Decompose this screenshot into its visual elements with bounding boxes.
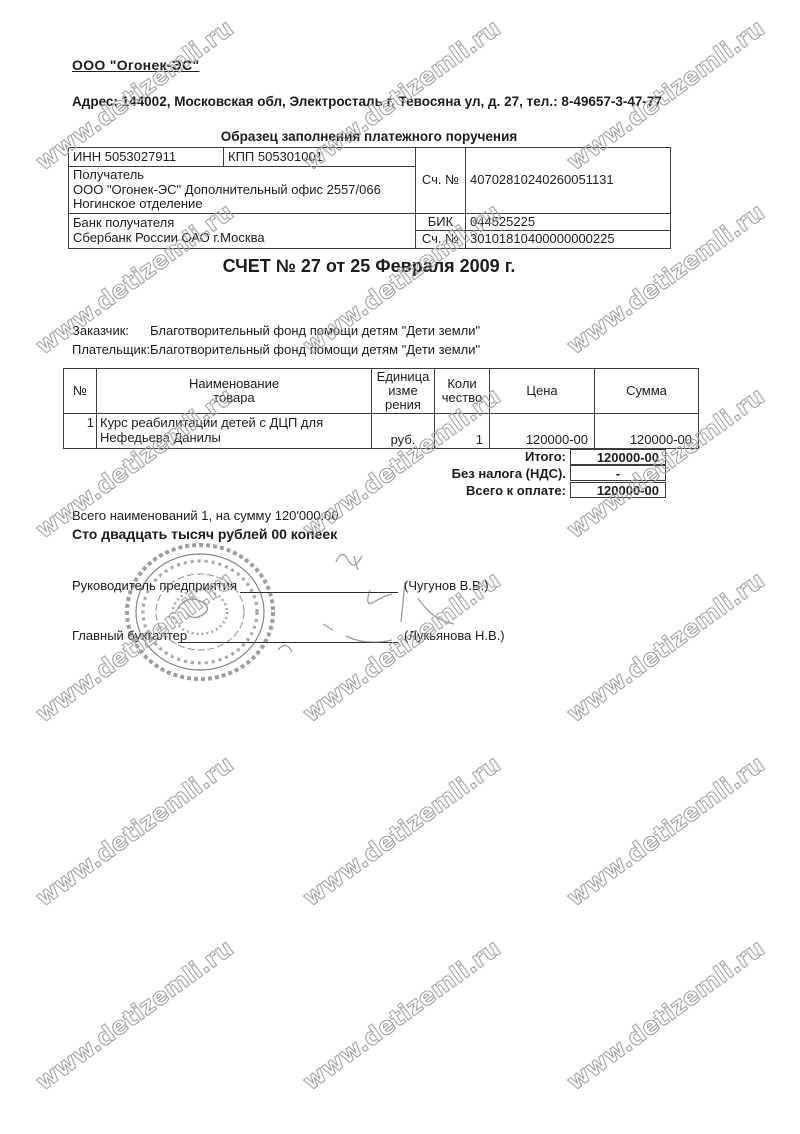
item-price: 120000-00 [490,414,595,449]
col-header-qty: Количество [435,369,490,414]
item-row: 1 Курс реабилитации детей с ДЦП дляНефед… [64,414,699,449]
watermark: www.detizemli.ru [52,773,217,888]
payment-order-sample-title: Образец заполнения платежного поручения [68,129,670,144]
total-value: 120000-00 [570,449,666,465]
item-unit: руб. [372,414,435,449]
company-address: Адрес: 144002, Московская обл, Электрост… [72,94,662,109]
bank-name: Сбербанк России ОАО г.Москва [73,231,411,246]
watermark: www.detizemli.ru [583,957,748,1072]
corr-account-cell: 30101810400000000225 [466,231,671,249]
watermark: www.detizemli.ru [319,957,484,1072]
company-name: ООО "Огонек-ЭС" [72,57,199,73]
total-value: - [570,465,666,481]
customer-label: Заказчик: [72,323,150,338]
item-sum: 120000-00 [595,414,699,449]
payer-value: Благотворительный фонд помощи детям "Дет… [150,342,480,357]
total-row-no-vat: Без налога (НДС). - [63,465,670,482]
item-name: Курс реабилитации детей с ДЦП дляНефедье… [97,414,372,449]
bik-label-cell: БИК [416,213,466,231]
watermark: www.detizemli.ru [583,589,748,704]
item-qty: 1 [435,414,490,449]
col-header-name: Наименованиетовара [97,369,372,414]
bank-label: Банк получателя [73,216,411,231]
total-label: Итого: [63,449,570,464]
col-header-price: Цена [490,369,595,414]
stamp-outer-text-ring [127,545,273,679]
recipient-line1: ООО "Огонек-ЭС" Дополнительный офис 2557… [73,183,411,198]
col-header-unit: Единицаизмерения [372,369,435,414]
customer-row: Заказчик:Благотворительный фонд помощи д… [72,323,480,338]
col-header-num: № [64,369,97,414]
items-count-line: Всего наименований 1, на сумму 120'000.0… [72,508,339,523]
account-number-cell: 40702810240260051131 [466,148,671,214]
total-label: Всего к оплате: [63,483,570,498]
items-header-row: № Наименованиетовара Единицаизмерения Ко… [64,369,699,414]
total-row-payable: Всего к оплате: 120000-00 [63,482,670,499]
handwritten-signature-marks [278,554,454,652]
watermark: www.detizemli.ru [319,773,484,888]
invoice-title: СЧЕТ № 27 от 25 Февраля 2009 г. [68,256,670,277]
recipient-line2: Ногинское отделение [73,197,411,212]
watermark: www.detizemli.ru [52,957,217,1072]
recipient-cell: Получатель ООО "Огонек-ЭС" Дополнительны… [69,167,416,214]
bank-cell: Банк получателя Сбербанк России ОАО г.Мо… [69,213,416,248]
total-row-itogo: Итого: 120000-00 [63,448,670,465]
scanned-invoice-page: ООО "Огонек-ЭС" Адрес: 144002, Московска… [0,0,800,1134]
total-label: Без налога (НДС). [63,466,570,481]
payer-row: Плательщик:Благотворительный фонд помощи… [72,342,480,357]
bank-requisites-table: ИНН 5053027911 КПП 505301001 Сч. № 40702… [68,147,671,249]
watermark: www.detizemli.ru [583,773,748,888]
inn-cell: ИНН 5053027911 [69,148,224,167]
col-header-sum: Сумма [595,369,699,414]
recipient-label: Получатель [73,168,411,183]
bik-value-cell: 044525225 [466,213,671,231]
items-table: № Наименованиетовара Единицаизмерения Ко… [63,368,699,449]
kpp-cell: КПП 505301001 [224,148,416,167]
payer-label: Плательщик: [72,342,150,357]
corr-label-cell: Сч. № [416,231,466,249]
account-label-cell: Сч. № [416,148,466,214]
totals-block: Итого: 120000-00 Без налога (НДС). - Все… [63,448,670,499]
item-num: 1 [64,414,97,449]
customer-value: Благотворительный фонд помощи детям "Дет… [150,323,480,338]
total-value: 120000-00 [570,482,666,498]
stamp-seal [118,532,468,700]
